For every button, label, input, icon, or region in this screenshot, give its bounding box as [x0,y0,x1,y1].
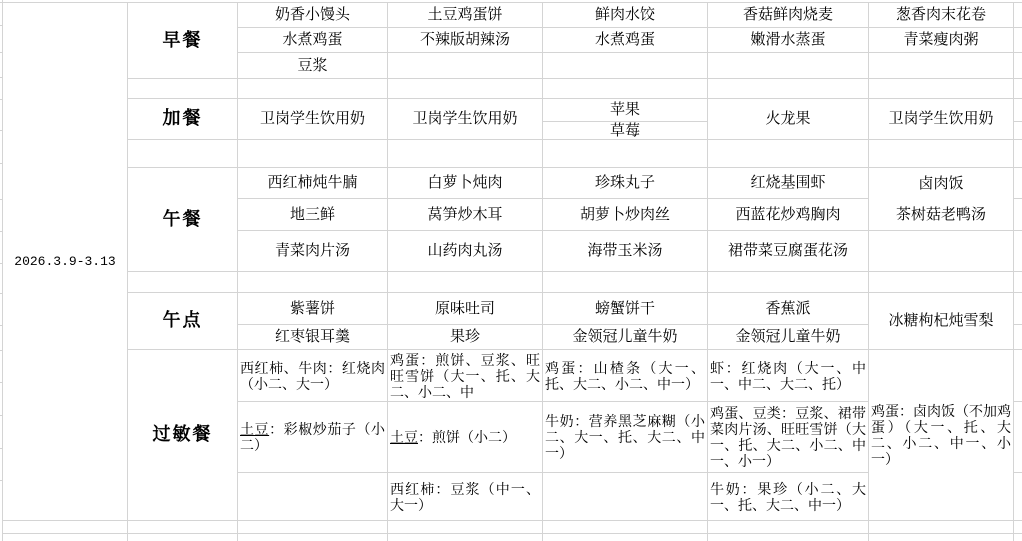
morning-snack-day1[interactable]: 卫岗学生饮用奶 [238,99,388,140]
lunch-day1-dish1[interactable]: 西红柿炖牛腩 [238,168,388,199]
lunch-day4-dish2[interactable]: 西蓝花炒鸡胸肉 [708,199,869,231]
lunch-day5-dish1: 卤肉饭 [918,168,963,199]
gridline-stub [0,99,3,100]
allergy-day3-row2[interactable]: 牛奶：营养黑芝麻糊（小二、大一、托、大二、中一） [543,402,708,473]
lunch-day3-dish3[interactable]: 海带玉米汤 [543,231,708,272]
gridline-stub [0,293,3,294]
empty-cell[interactable] [869,272,1014,293]
breakfast-day5-dish1[interactable]: 葱香肉末花卷 [869,3,1014,28]
empty-cell[interactable] [869,534,1014,541]
right-edge-cell [1014,293,1022,325]
allergy-day4-row2[interactable]: 鸡蛋、豆类：豆浆、裙带菜肉片汤、旺旺雪饼（大一、托、大二、小二、中一、小一） [708,402,869,473]
morning-snack-day3-item1[interactable]: 苹果 [543,99,708,122]
row-label-allergy-meal[interactable]: 过敏餐 [128,350,238,521]
breakfast-day1-dish3[interactable]: 豆浆 [238,53,388,79]
afternoon-snack-day2-item2[interactable]: 果珍 [388,325,543,350]
lunch-day4-dish3[interactable]: 裙带菜豆腐蛋花汤 [708,231,869,272]
afternoon-snack-day1-item1[interactable]: 紫薯饼 [238,293,388,325]
empty-cell[interactable] [708,534,869,541]
breakfast-day1-dish2[interactable]: 水煮鸡蛋 [238,28,388,53]
allergy-day2-row1[interactable]: 鸡蛋：煎饼、豆浆、旺旺雪饼（大一、托、大二、小二、中 [388,350,543,402]
empty-cell[interactable] [869,79,1014,99]
empty-cell[interactable] [128,534,238,541]
empty-cell[interactable] [388,534,543,541]
lunch-day5-dishes: 卤肉饭 茶树菇老鸭汤 [896,168,986,230]
breakfast-day5-dish2[interactable]: 青菜瘦肉粥 [869,28,1014,53]
empty-cell[interactable] [128,79,238,99]
allergy-day4-row1[interactable]: 虾：红烧肉（大一、中一、中二、大二、托） [708,350,869,402]
breakfast-day2-dish2[interactable]: 不辣版胡辣汤 [388,28,543,53]
empty-cell[interactable] [128,521,238,534]
morning-snack-day5[interactable]: 卫岗学生饮用奶 [869,99,1014,140]
right-edge-cell [1014,402,1022,473]
allergy-day1-row1[interactable]: 西红柿、牛肉：红烧肉（小二、大一） [238,350,388,402]
lunch-day3-dish1[interactable]: 珍珠丸子 [543,168,708,199]
allergy-day1-row2[interactable]: 土豆：彩椒炒茄子（小二） [238,402,388,473]
empty-cell[interactable] [238,521,388,534]
breakfast-day2-dish1[interactable]: 土豆鸡蛋饼 [388,3,543,28]
allergy-text: 牛奶：营养黑芝麻糊（小二、大一、托、大二、中一） [545,413,705,461]
lunch-day2-dish3[interactable]: 山药肉丸汤 [388,231,543,272]
empty-cell[interactable] [3,534,128,541]
allergy-text: 虾：红烧肉（大一、中一、中二、大二、托） [710,360,866,392]
right-edge-cell [1014,99,1022,122]
empty-cell[interactable] [708,140,869,168]
allergy-day4-row3[interactable]: 牛奶：果珍（小二、大一、托、大二、中一） [708,473,869,521]
empty-cell[interactable] [708,521,869,534]
empty-cell[interactable] [708,53,869,79]
right-edge-cell [1014,122,1022,140]
right-edge-cell [1014,272,1022,293]
empty-cell[interactable] [543,79,708,99]
lunch-day1-dish3[interactable]: 青菜肉片汤 [238,231,388,272]
empty-cell[interactable] [128,140,238,168]
empty-cell[interactable] [869,140,1014,168]
allergy-text: 西红柿：豆浆（中一、大一） [390,481,540,513]
allergy-day3-row1[interactable]: 鸡蛋：山楂条（大一、托、大二、小二、中一） [543,350,708,402]
lunch-day1-dish2[interactable]: 地三鲜 [238,199,388,231]
empty-cell[interactable] [238,534,388,541]
empty-cell[interactable] [3,521,128,534]
empty-cell[interactable] [388,272,543,293]
gridline-stub [0,480,3,481]
empty-cell[interactable] [543,521,708,534]
empty-cell[interactable] [543,534,708,541]
gridline-stub [0,231,3,232]
lunch-day4-dish1[interactable]: 红烧基围虾 [708,168,869,199]
allergy-text: 鸡蛋、豆类：豆浆、裙带菜肉片汤、旺旺雪饼（大一、托、大二、小二、中一、小一） [710,405,866,469]
lunch-day3-dish2[interactable]: 胡萝卜炒肉丝 [543,199,708,231]
allergy-text: 鸡蛋：卤肉饭（不加鸡蛋）（大一、托、大二、小二、中一、小一） [871,403,1011,467]
allergy-allergen-label: 土豆 [390,429,418,445]
allergy-text: 西红柿、牛肉：红烧肉（小二、大一） [240,360,385,392]
allergy-text: ：煎饼（小二） [418,429,516,445]
right-edge-cell [1014,473,1022,521]
menu-table: 2026.3.9-3.13 早餐 加餐 午餐 午点 过敏餐 奶香小馒头 水煮鸡蛋… [0,0,1022,541]
empty-cell[interactable] [388,140,543,168]
lunch-day2-dish1[interactable]: 白萝卜炖肉 [388,168,543,199]
gridline-stub [0,25,3,26]
allergy-text: 牛奶：果珍（小二、大一、托、大二、中一） [710,481,866,513]
empty-cell[interactable] [543,473,708,521]
gridline-stub [0,263,3,264]
allergy-allergen-label: 土豆 [240,421,269,437]
breakfast-day3-dish1[interactable]: 鲜肉水饺 [543,3,708,28]
gridline-stub [0,199,3,200]
gridline-stub [0,52,3,53]
empty-cell[interactable] [388,79,543,99]
breakfast-day4-dish1[interactable]: 香菇鲜肉烧麦 [708,3,869,28]
empty-cell[interactable] [388,53,543,79]
empty-cell[interactable] [543,140,708,168]
empty-cell[interactable] [708,272,869,293]
empty-cell[interactable] [388,521,543,534]
morning-snack-day4[interactable]: 火龙果 [708,99,869,140]
afternoon-snack-day3-item2[interactable]: 金领冠儿童牛奶 [543,325,708,350]
empty-cell[interactable] [869,521,1014,534]
gridline-stub [0,325,3,326]
gridline-stub [0,77,3,78]
afternoon-snack-day1-item2[interactable]: 红枣银耳羹 [238,325,388,350]
afternoon-snack-day3-item1[interactable]: 螃蟹饼干 [543,293,708,325]
lunch-day5-merged[interactable]: 卤肉饭 茶树菇老鸭汤 [869,168,1014,231]
right-edge-cell [1014,79,1022,99]
empty-cell[interactable] [543,272,708,293]
row-label-breakfast[interactable]: 早餐 [128,3,238,79]
allergy-day2-row2[interactable]: 土豆：煎饼（小二） [388,402,543,473]
right-edge-cell [1014,140,1022,168]
allergy-day5-merged[interactable]: 鸡蛋：卤肉饭（不加鸡蛋）（大一、托、大二、小二、中一、小一） [869,350,1014,521]
empty-cell[interactable] [708,79,869,99]
row-label-afternoon-snack[interactable]: 午点 [128,293,238,350]
breakfast-day3-dish2[interactable]: 水煮鸡蛋 [543,28,708,53]
right-edge-cell [1014,168,1022,199]
breakfast-day1-dish1[interactable]: 奶香小馒头 [238,3,388,28]
lunch-day5-dish2: 茶树菇老鸭汤 [896,199,986,230]
right-edge-cell [1014,350,1022,402]
gridline-stub [0,415,3,416]
allergy-text: 鸡蛋：煎饼、豆浆、旺旺雪饼（大一、托、大二、小二、中 [390,352,540,400]
right-edge-cell [1014,53,1022,79]
right-edge-cell [1014,325,1022,350]
empty-cell[interactable] [869,53,1014,79]
lunch-day2-dish2[interactable]: 莴笋炒木耳 [388,199,543,231]
date-range-cell[interactable]: 2026.3.9-3.13 [3,3,128,521]
gridline-stub [0,448,3,449]
allergy-day2-row3[interactable]: 西红柿：豆浆（中一、大一） [388,473,543,521]
row-label-lunch[interactable]: 午餐 [128,168,238,272]
morning-snack-day2[interactable]: 卫岗学生饮用奶 [388,99,543,140]
breakfast-day4-dish2[interactable]: 嫩滑水蒸蛋 [708,28,869,53]
empty-cell[interactable] [238,473,388,521]
afternoon-snack-day2-item1[interactable]: 原味吐司 [388,293,543,325]
afternoon-snack-day5[interactable]: 冰糖枸杞炖雪梨 [869,293,1014,350]
gridline-stub [0,382,3,383]
morning-snack-day3-item2[interactable]: 草莓 [543,122,708,140]
right-edge-cell [1014,3,1022,28]
right-edge-cell [1014,521,1022,534]
row-label-morning-snack[interactable]: 加餐 [128,99,238,140]
gridline-stub [0,350,3,351]
allergy-text: 鸡蛋：山楂条（大一、托、大二、小二、中一） [545,360,705,392]
afternoon-snack-day4-item2[interactable]: 金领冠儿童牛奶 [708,325,869,350]
empty-cell[interactable] [869,231,1014,272]
gridline-stub [0,130,3,131]
afternoon-snack-day4-item1[interactable]: 香蕉派 [708,293,869,325]
right-edge-cell [1014,231,1022,272]
empty-cell[interactable] [128,272,238,293]
empty-cell[interactable] [238,79,388,99]
empty-cell[interactable] [543,53,708,79]
empty-cell[interactable] [238,272,388,293]
empty-cell[interactable] [238,140,388,168]
right-edge-cell [1014,28,1022,53]
gridline-stub [0,163,3,164]
right-edge-cell [1014,199,1022,231]
